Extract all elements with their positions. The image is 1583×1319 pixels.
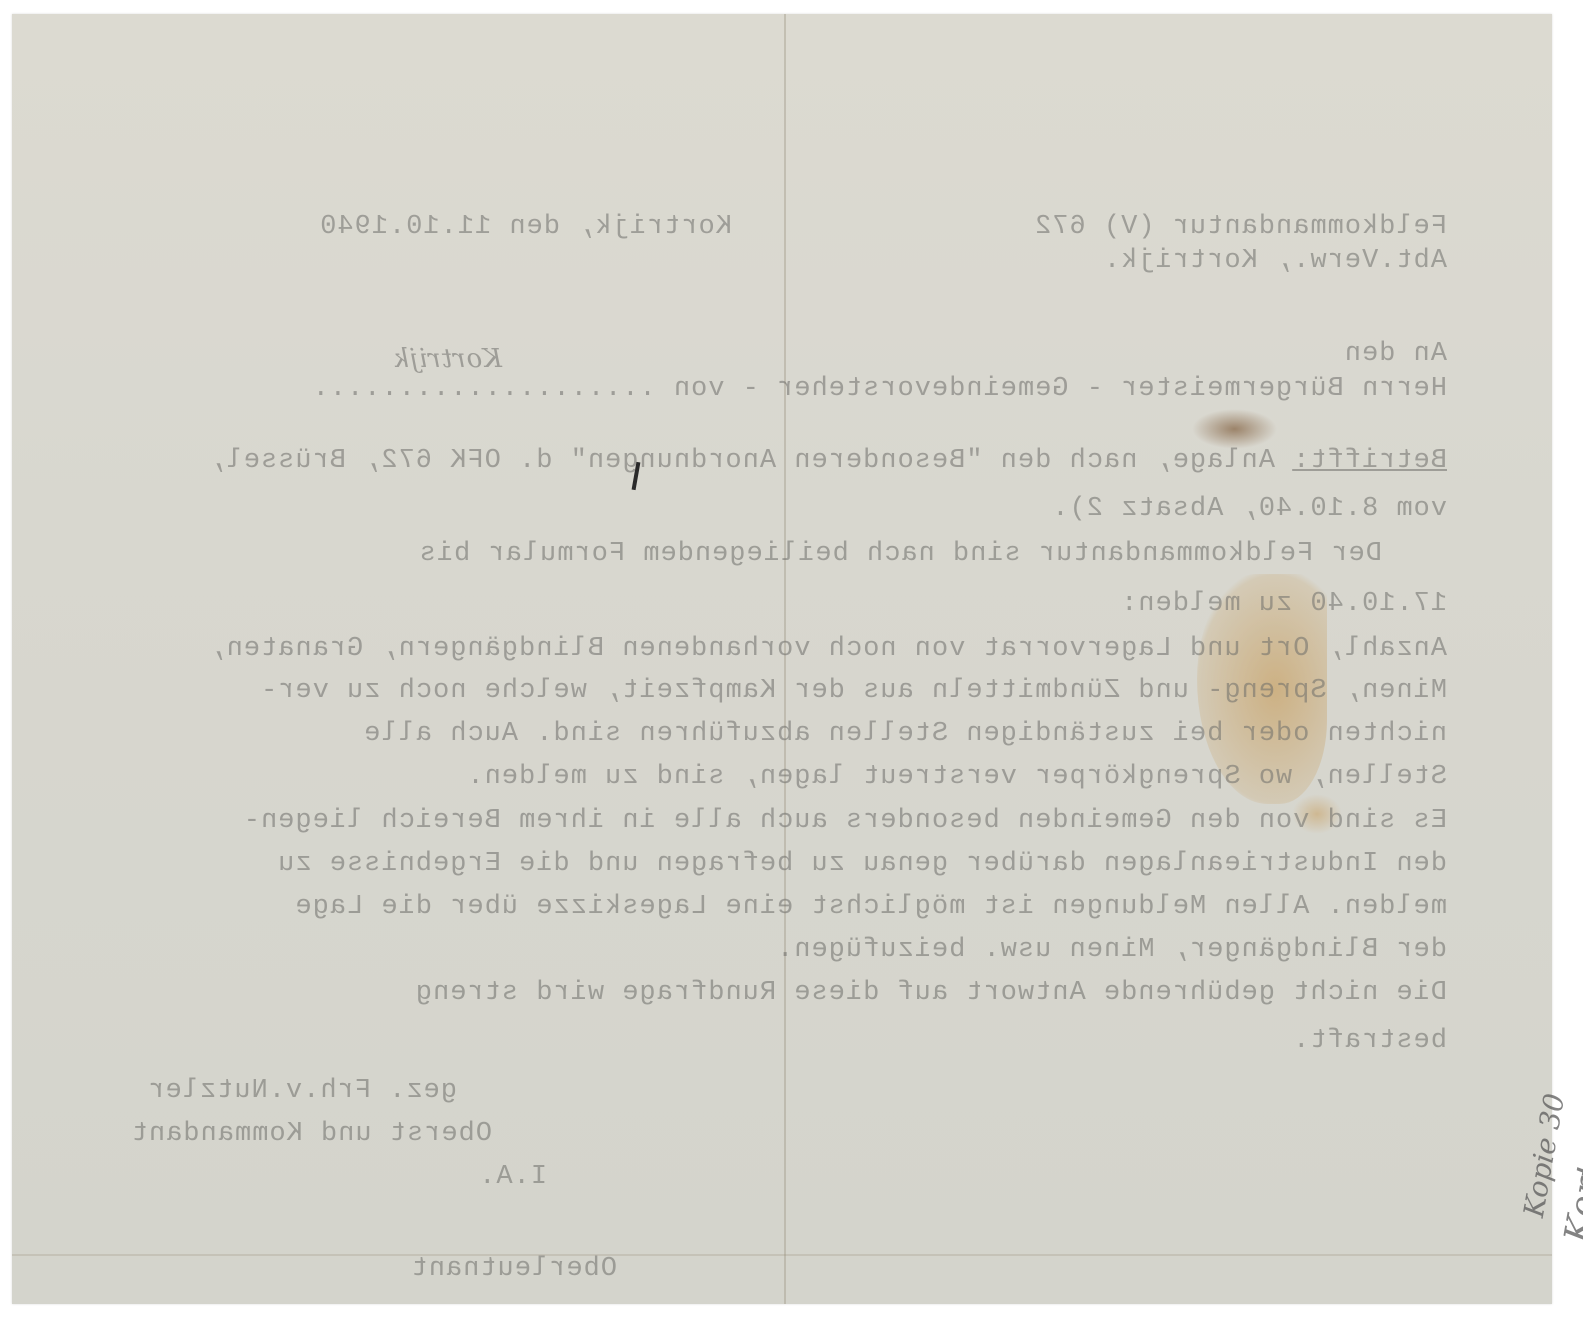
salutation-2: Herrn Bürgermeister - Gemeindevorsteher … [312,374,1447,404]
signature-ia: I.A. [478,1162,547,1192]
subject-line-1: Betrifft: Anlage, nach den "Besonderen A… [208,446,1447,476]
body-line: melden. Allen Meldungen ist möglichst ei… [294,892,1447,922]
body-line: 17.10.40 zu melden: [1120,589,1447,619]
paper-sheet: Feldkommandantur (V) 672 Abt.Verw., Kort… [12,14,1552,1304]
body-line: Es sind von den Gemeinden besonders auch… [243,806,1447,836]
body-line: Der Feldkommandantur sind nach beiliegen… [419,539,1382,569]
handwritten-place: Kortrijk [392,344,502,374]
subject-text: Anlage, nach den "Besonderen Anordnungen… [208,446,1275,476]
signature-rank: Oberst und Kommandant [131,1119,492,1149]
header-left-2: Abt.Verw., Kortrijk. [1103,246,1447,276]
header-date: Kortrijk, den 11.10.1940 [319,212,732,242]
body-line: bestraft. [1292,1026,1447,1056]
subject-label: Betrifft: [1292,446,1447,476]
body-line: der Blindgänger, Minen usw. beizufügen. [776,935,1447,965]
body-line: Anzahl, Ort und Lagervorrat von noch vor… [208,634,1447,664]
body-line: Minen, Spreng- und Zündmitteln aus der K… [260,676,1447,706]
body-line: Die nicht gebührende Antwort auf diese R… [415,978,1447,1008]
salutation-1: An den [1344,339,1447,369]
body-line: nichten oder bei zuständigen Stellen abz… [363,719,1447,749]
signature-title: Oberleutnant [411,1254,617,1284]
signature-name: gez. Frh.v.Nutzler [147,1076,457,1106]
subject-line-2: vom 8.10.40, Absatz 2). [1051,494,1447,524]
mirrored-text-layer: Feldkommandantur (V) 672 Abt.Verw., Kort… [12,14,1552,1304]
header-left-1: Feldkommandantur (V) 672 [1034,212,1447,242]
body-line: Stellen, wo Sprengkörper verstreut lagen… [466,762,1447,792]
body-line: den Industrieanlagen darüber genau zu be… [277,849,1447,879]
